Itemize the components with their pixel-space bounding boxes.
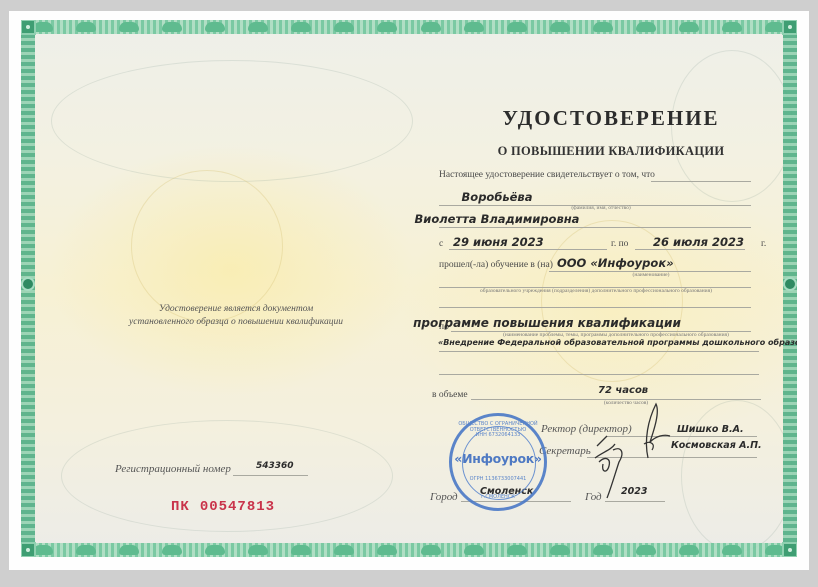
hours-value: 72 часов: [598, 385, 648, 396]
organization-stamp: ОБЩЕСТВО С ОГРАНИЧЕННОЙ ОТВЕТСТВЕННОСТЬЮ…: [449, 413, 547, 511]
certificate: УДОСТОВЕРЕНИЕ О ПОВЫШЕНИИ КВАЛИФИКАЦИИ Н…: [21, 20, 797, 557]
given-names-value: Виолетта Владимировна: [21, 212, 797, 226]
rector-name: Шишко В.А.: [677, 424, 744, 435]
program-name-value: «Внедрение Федеральной образовательной п…: [438, 338, 797, 347]
institution-caption: образовательного учреждения (подразделен…: [461, 288, 731, 294]
year-value: 2023: [621, 486, 647, 497]
serial-number: ПК00547813: [171, 499, 275, 515]
intro-label: Настоящее удостоверение свидетельствует …: [439, 170, 655, 180]
series-code: ПК: [171, 499, 190, 515]
guilloche-ornament: [61, 420, 393, 532]
to-label: г. по: [611, 239, 628, 249]
corner-rosette-icon: [782, 542, 797, 557]
border-medallion-icon: [21, 277, 35, 291]
year-suffix: г.: [761, 239, 766, 249]
from-label: с: [439, 239, 443, 249]
serial-digits: 00547813: [200, 499, 275, 515]
border-medallion-icon: [783, 277, 797, 291]
trained-at-label: прошел(-ла) обучение в (на): [439, 260, 553, 270]
surname-value: Воробьёва: [21, 190, 797, 204]
document-title: УДОСТОВЕРЕНИЕ: [491, 106, 731, 131]
document-validity-note: Удостоверение является документом устано…: [116, 303, 356, 329]
guilloche-ornament: [681, 400, 793, 552]
secretary-label: Секретарь: [539, 445, 591, 457]
registration-number: 543360: [256, 461, 294, 471]
stamp-logo: «Инфоурок»: [452, 451, 544, 466]
year-label: Год: [585, 491, 602, 503]
corner-rosette-icon: [21, 542, 36, 557]
secretary-name: Космовская А.П.: [671, 440, 762, 451]
guilloche-ornament: [51, 60, 413, 182]
corner-rosette-icon: [782, 20, 797, 35]
volume-label: в объеме: [432, 390, 468, 400]
date-to-value: 26 июля 2023: [653, 235, 744, 249]
corner-rosette-icon: [21, 20, 36, 35]
fio-caption: (фамилия, имя, отчество): [561, 205, 641, 211]
registration-label: Регистрационный номер: [115, 463, 231, 475]
document-subtitle: О ПОВЫШЕНИИ КВАЛИФИКАЦИИ: [491, 144, 731, 159]
organization-caption: (наименование): [631, 272, 671, 278]
date-from-value: 29 июня 2023: [453, 235, 544, 249]
organization-value: ООО «Инфоурок»: [557, 256, 674, 270]
